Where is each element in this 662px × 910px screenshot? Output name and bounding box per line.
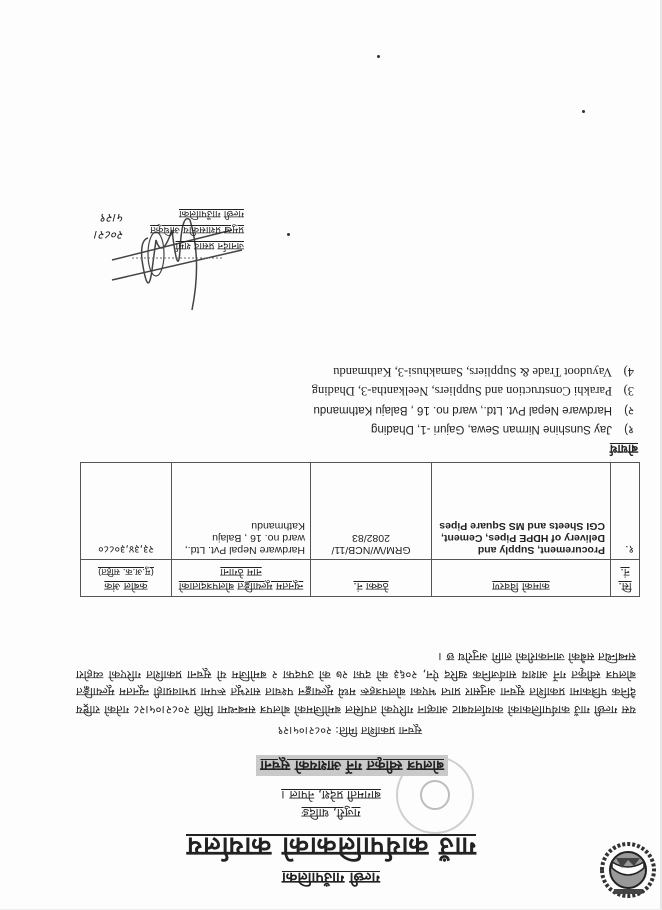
scan-speck [582, 110, 585, 113]
published-date-label: सूचना प्रकाशित मिति: [335, 724, 422, 737]
cc-list: १)Jay Sunshine Nirman Sewa, Gajuri -1, D… [312, 362, 634, 438]
table-row: १. Procurement, Supply and Delivery of H… [81, 463, 640, 560]
scan-speck [377, 55, 380, 58]
signature-date: २०८२।५।२९ [92, 210, 124, 244]
header-amount: कबोल अंक (मु.अ.क. सहित) [81, 560, 172, 597]
signatory-name: जनार्दन प्रसाद शर्मा [176, 240, 245, 254]
cell-sn: १. [611, 463, 640, 560]
list-item: १)Jay Sunshine Nirman Sewa, Gajuri -1, D… [312, 419, 634, 438]
header-description: कामको विवरण [432, 560, 611, 597]
list-item: 3)Parakhi Construction and Suppliers, Ne… [312, 381, 634, 400]
scanned-notice-page: गल्छी गाउँपालिका गाउँ कार्यपालिकाको कार्… [0, 0, 662, 910]
notice-body: यस गल्छी गाउँ कार्यपालिकाको कार्यालयबाट … [76, 648, 636, 718]
office-name: गाउँ कार्यपालिकाको कार्यालय [0, 830, 662, 866]
header-vendor: न्यूनतम मूल्याङ्कित बोलपत्रदाताको नाम ठे… [172, 560, 311, 597]
cell-vendor: Hardware Nepal Pvt. Ltd., ward no. 16 , … [172, 463, 311, 560]
table-header-row: सि. नं. कामको विवरण ठेक्का नं. न्यूनतम म… [81, 560, 640, 597]
scan-speck [287, 233, 290, 236]
header-contract-no: ठेक्का नं. [311, 560, 432, 597]
published-date-value: २०८२।०५।२९ [278, 724, 332, 737]
cell-amount: २३,३४,३०८८० [81, 463, 172, 560]
signatory-office: गल्छी गाउँपालिका [179, 208, 244, 222]
notice-title: बोलपत्र स्वीकृत गर्ने आशयको सूचना [256, 755, 448, 776]
stamp-emblem-icon [420, 780, 450, 810]
header-amount-sub: (मु.अ.क. सहित) [86, 566, 166, 579]
address-line-2: बागमती प्रदेश, नेपाल । [0, 787, 662, 804]
award-table: सि. नं. कामको विवरण ठेक्का नं. न्यूनतम म… [80, 462, 640, 597]
cc-title: बोधार्थ [610, 441, 638, 458]
signatory-title: प्रमुख प्रशासकीय अधिकृत [150, 224, 244, 238]
list-item: 4)Vayudoot Trade & Suppliers, Samakhusi-… [312, 362, 634, 381]
cell-contract-no: GRM/W/NCB/11/ 2082/83 [311, 463, 432, 560]
address-line-1: गजुरी, धादिङ [0, 805, 662, 822]
list-item: २)Hardware Nepal Pvt. Ltd., ward no. 16 … [312, 400, 634, 419]
published-date: सूचना प्रकाशित मिति: २०८२।०५।२९ [278, 723, 422, 738]
cell-description: Procurement, Supply and Delivery of HDPE… [432, 463, 611, 560]
municipality-name: गल्छी गाउँपालिका [0, 868, 662, 888]
header-sn: सि. नं. [611, 560, 640, 597]
